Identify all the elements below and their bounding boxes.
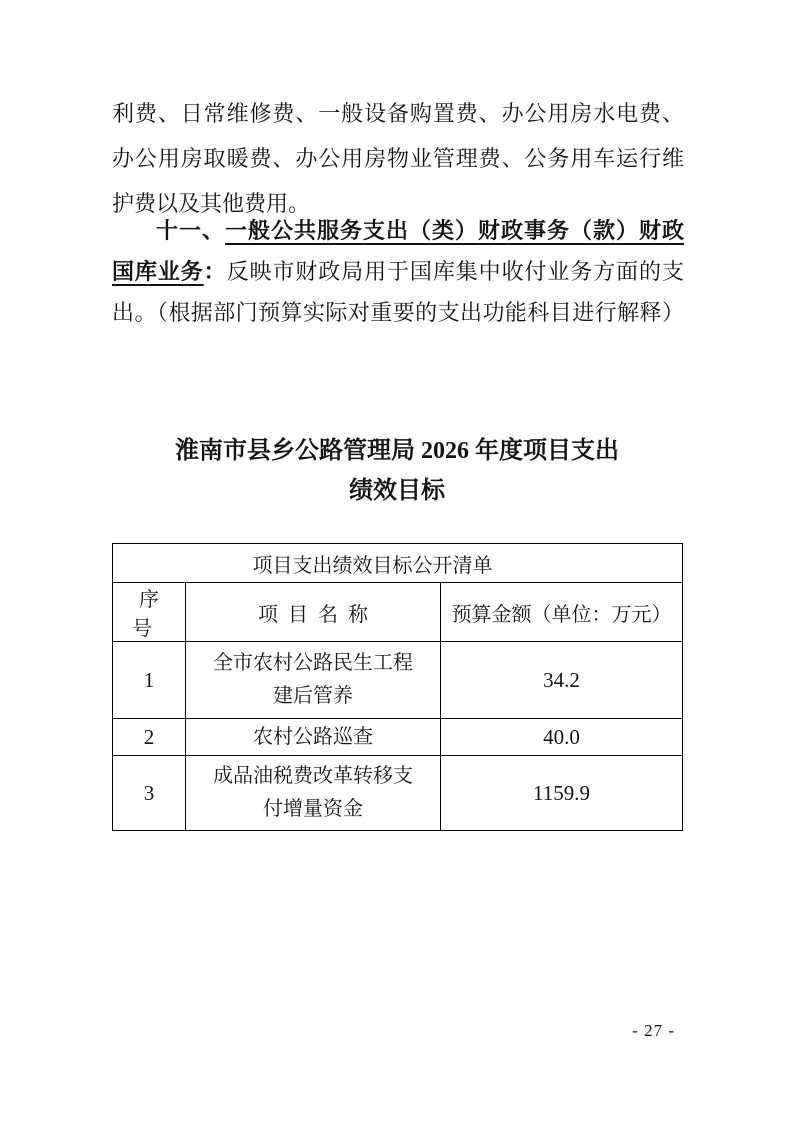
table-row: 2 农村公路巡查 40.0 — [113, 719, 683, 756]
paragraph-line: 国库业务：反映市财政局用于国库集中收付业务方面的支 — [112, 251, 684, 292]
column-header-amount: 预算金额（单位：万元） — [441, 583, 683, 642]
paragraph-line: 利费、日常维修费、一般设备购置费、办公用房水电费、 — [112, 91, 684, 136]
item-eleven-heading-part1: 一般公共服务支出（类）财政事务（款）财政 — [225, 218, 684, 243]
row-no: 3 — [113, 756, 186, 831]
table-row: 3 成品油税费改革转移支 付增量资金 1159.9 — [113, 756, 683, 831]
paragraph-item-eleven: 十一、一般公共服务支出（类）财政事务（款）财政 国库业务：反映市财政局用于国库集… — [112, 210, 684, 333]
row-no: 1 — [113, 642, 186, 719]
budget-amount: 34.2 — [441, 642, 683, 719]
table-header-row: 序号 项目名称 预算金额（单位：万元） — [113, 583, 683, 642]
section-title-line2: 绩效目标 — [112, 471, 682, 511]
paragraph-line: 十一、一般公共服务支出（类）财政事务（款）财政 — [112, 210, 684, 251]
performance-target-table: 项目支出绩效目标公开清单 序号 项目名称 预算金额（单位：万元） 1 全市农村公… — [112, 543, 683, 831]
budget-amount: 1159.9 — [441, 756, 683, 831]
paragraph-line: 办公用房取暖费、办公用房物业管理费、公务用车运行维 — [112, 136, 684, 181]
budget-amount: 40.0 — [441, 719, 683, 756]
table-caption-row: 项目支出绩效目标公开清单 — [113, 544, 683, 583]
document-page: { "body_text": { "continued_paragraph": … — [0, 0, 793, 1122]
table-caption: 项目支出绩效目标公开清单 — [113, 544, 683, 583]
paragraph-expense-items: 利费、日常维修费、一般设备购置费、办公用房水电费、 办公用房取暖费、办公用房物业… — [112, 91, 684, 226]
project-name: 全市农村公路民生工程 建后管养 — [186, 642, 441, 719]
project-name: 成品油税费改革转移支 付增量资金 — [186, 756, 441, 831]
item-eleven-description: 反映市财政局用于国库集中收付业务方面的支 — [227, 259, 684, 284]
item-eleven-number: 十一、 — [156, 218, 225, 243]
project-name: 农村公路巡查 — [186, 719, 441, 756]
item-eleven-heading-part2: 国库业务 — [112, 259, 204, 284]
column-header-no: 序号 — [113, 583, 186, 642]
item-eleven-colon: ： — [204, 259, 227, 284]
section-title: 淮南市县乡公路管理局 2026 年度项目支出 绩效目标 — [112, 431, 682, 511]
row-no: 2 — [113, 719, 186, 756]
table-row: 1 全市农村公路民生工程 建后管养 34.2 — [113, 642, 683, 719]
column-header-name: 项目名称 — [186, 583, 441, 642]
paragraph-line: 出。（根据部门预算实际对重要的支出功能科目进行解释） — [112, 292, 684, 333]
page-number: - 27 - — [632, 1021, 675, 1041]
section-title-line1: 淮南市县乡公路管理局 2026 年度项目支出 — [112, 431, 682, 471]
